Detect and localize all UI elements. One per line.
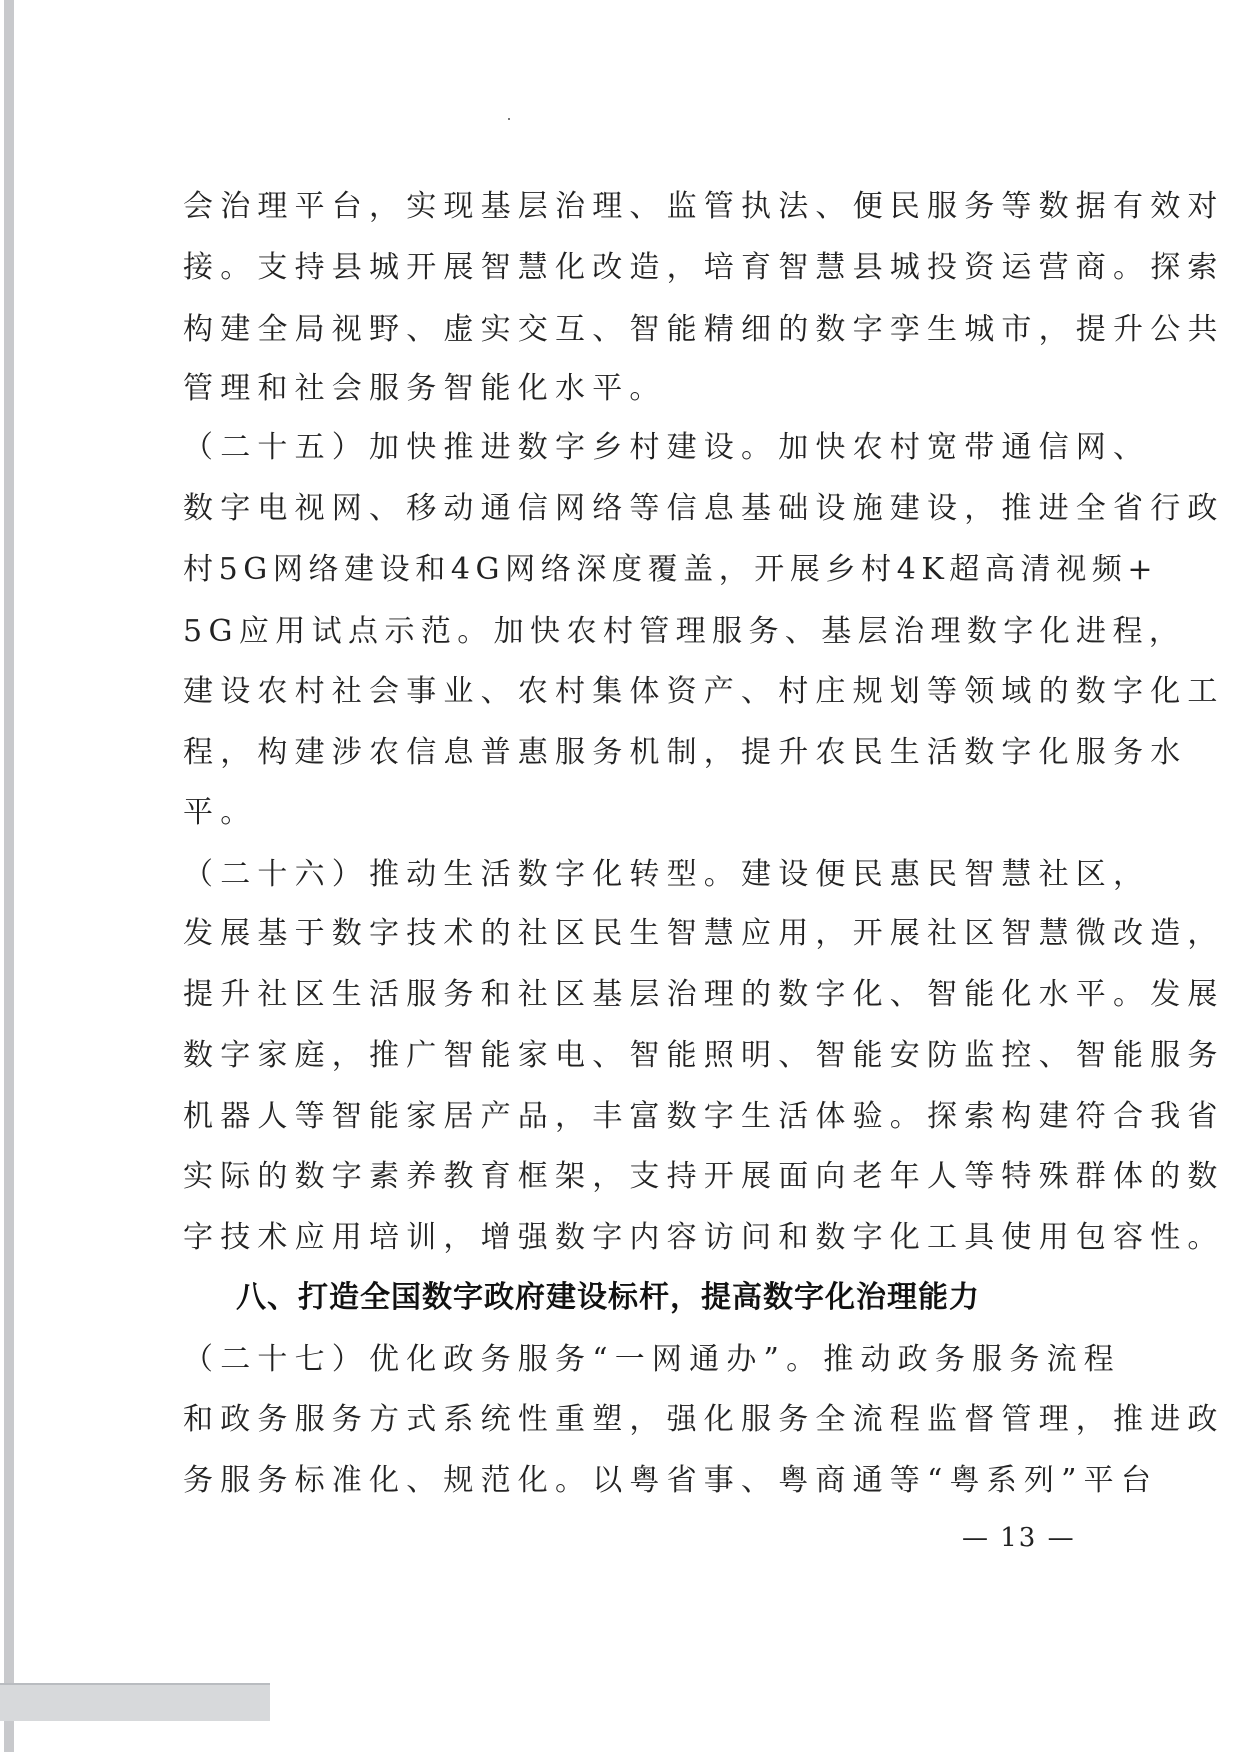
section-heading: 八、打造全国数字政府建设标杆，提高数字化治理能力 [236, 1278, 980, 1318]
paragraph-25-start: （二十五）加快推进数字乡村建设。加快农村宽带通信网、 [183, 428, 1083, 468]
text-line: 5G应用试点示范。加快农村管理服务、基层治理数字化进程， [183, 612, 1083, 652]
paragraph-27-start: （二十七）优化政务服务“一网通办”。推动政务服务流程 [183, 1340, 1083, 1380]
scan-edge-bottom [0, 1683, 270, 1721]
text-line: 字技术应用培训，增强数字内容访问和数字化工具使用包容性。 [183, 1218, 1083, 1258]
text-line: 机器人等智能家居产品，丰富数字生活体验。探索构建符合我省 [183, 1097, 1083, 1137]
text-line: 构建全局视野、虚实交互、智能精细的数字孪生城市，提升公共 [183, 310, 1083, 350]
text-line: 接。支持县城开展智慧化改造，培育智慧县城投资运营商。探索 [183, 248, 1083, 288]
text-line: 村5G网络建设和4G网络深度覆盖，开展乡村4K超高清视频+ [183, 550, 1083, 590]
page-number: — 13 — [962, 1518, 1076, 1558]
text-line: 数字电视网、移动通信网络等信息基础设施建设，推进全省行政 [183, 489, 1083, 529]
text-line: 平。 [183, 793, 1083, 833]
text-line: 实际的数字素养教育框架，支持开展面向老年人等特殊群体的数 [183, 1157, 1083, 1197]
text-line: 管理和社会服务智能化水平。 [183, 369, 1083, 409]
text-line: 建设农村社会事业、农村集体资产、村庄规划等领域的数字化工 [183, 672, 1083, 712]
scan-edge-left [4, 0, 14, 1752]
text-line: 和政务服务方式系统性重塑，强化服务全流程监督管理，推进政 [183, 1400, 1083, 1440]
text-line: 程，构建涉农信息普惠服务机制，提升农民生活数字化服务水 [183, 733, 1083, 773]
text-line: 提升社区生活服务和社区基层治理的数字化、智能化水平。发展 [183, 975, 1083, 1015]
paragraph-26-start: （二十六）推动生活数字化转型。建设便民惠民智慧社区， [183, 855, 1083, 895]
scan-speck [508, 118, 510, 120]
text-line: 数字家庭，推广智能家电、智能照明、智能安防监控、智能服务 [183, 1036, 1083, 1076]
text-line: 发展基于数字技术的社区民生智慧应用，开展社区智慧微改造， [183, 914, 1083, 954]
text-line: 会治理平台，实现基层治理、监管执法、便民服务等数据有效对 [183, 187, 1083, 227]
text-line: 务服务标准化、规范化。以粤省事、粤商通等“粤系列”平台 [183, 1461, 1083, 1501]
